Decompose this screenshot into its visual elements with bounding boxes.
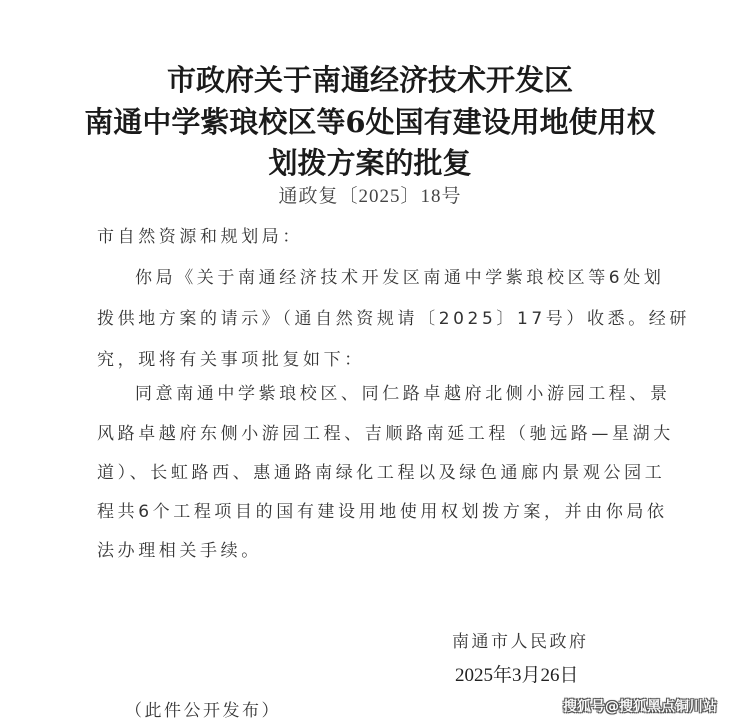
issuer-signature: 南通市人民政府 xyxy=(452,627,589,652)
paragraph-line: 究，现将有关事项批复如下： xyxy=(97,345,365,370)
paragraph-line: 程共6个工程项目的国有建设用地使用权划拨方案，并由你局依 xyxy=(97,497,668,522)
paragraph-line: 风路卓越府东侧小游园工程、吉顺路南延工程（驰远路—星湖大 xyxy=(97,419,674,444)
document-title-line-2: 南通中学紫琅校区等6处国有建设用地使用权 xyxy=(0,100,740,141)
document-title-line-3: 划拨方案的批复 xyxy=(0,141,740,182)
paragraph-line: 法办理相关手续。 xyxy=(97,536,262,561)
document-title-line-1: 市政府关于南通经济技术开发区 xyxy=(0,58,740,99)
document-number: 通政复〔2025〕18号 xyxy=(0,181,740,208)
paragraph-line: 同意南通中学紫琅校区、同仁路卓越府北侧小游园工程、景 xyxy=(135,379,671,404)
source-watermark: 搜狐号@搜狐黑点铜川站 xyxy=(563,696,717,716)
addressee: 市自然资源和规划局： xyxy=(97,222,303,247)
paragraph-line: 道）、长虹路西、惠通路南绿化工程以及绿色通廊内景观公园工 xyxy=(97,458,665,483)
publication-note: （此件公开发布） xyxy=(125,696,281,721)
issue-date: 2025年3月26日 xyxy=(455,660,579,687)
paragraph-line: 你局《关于南通经济技术开发区南通中学紫琅校区等6处划 xyxy=(135,263,664,288)
paragraph-line: 拨供地方案的请示》（通自然资规请〔2025〕17号）收悉。经研 xyxy=(97,304,690,329)
